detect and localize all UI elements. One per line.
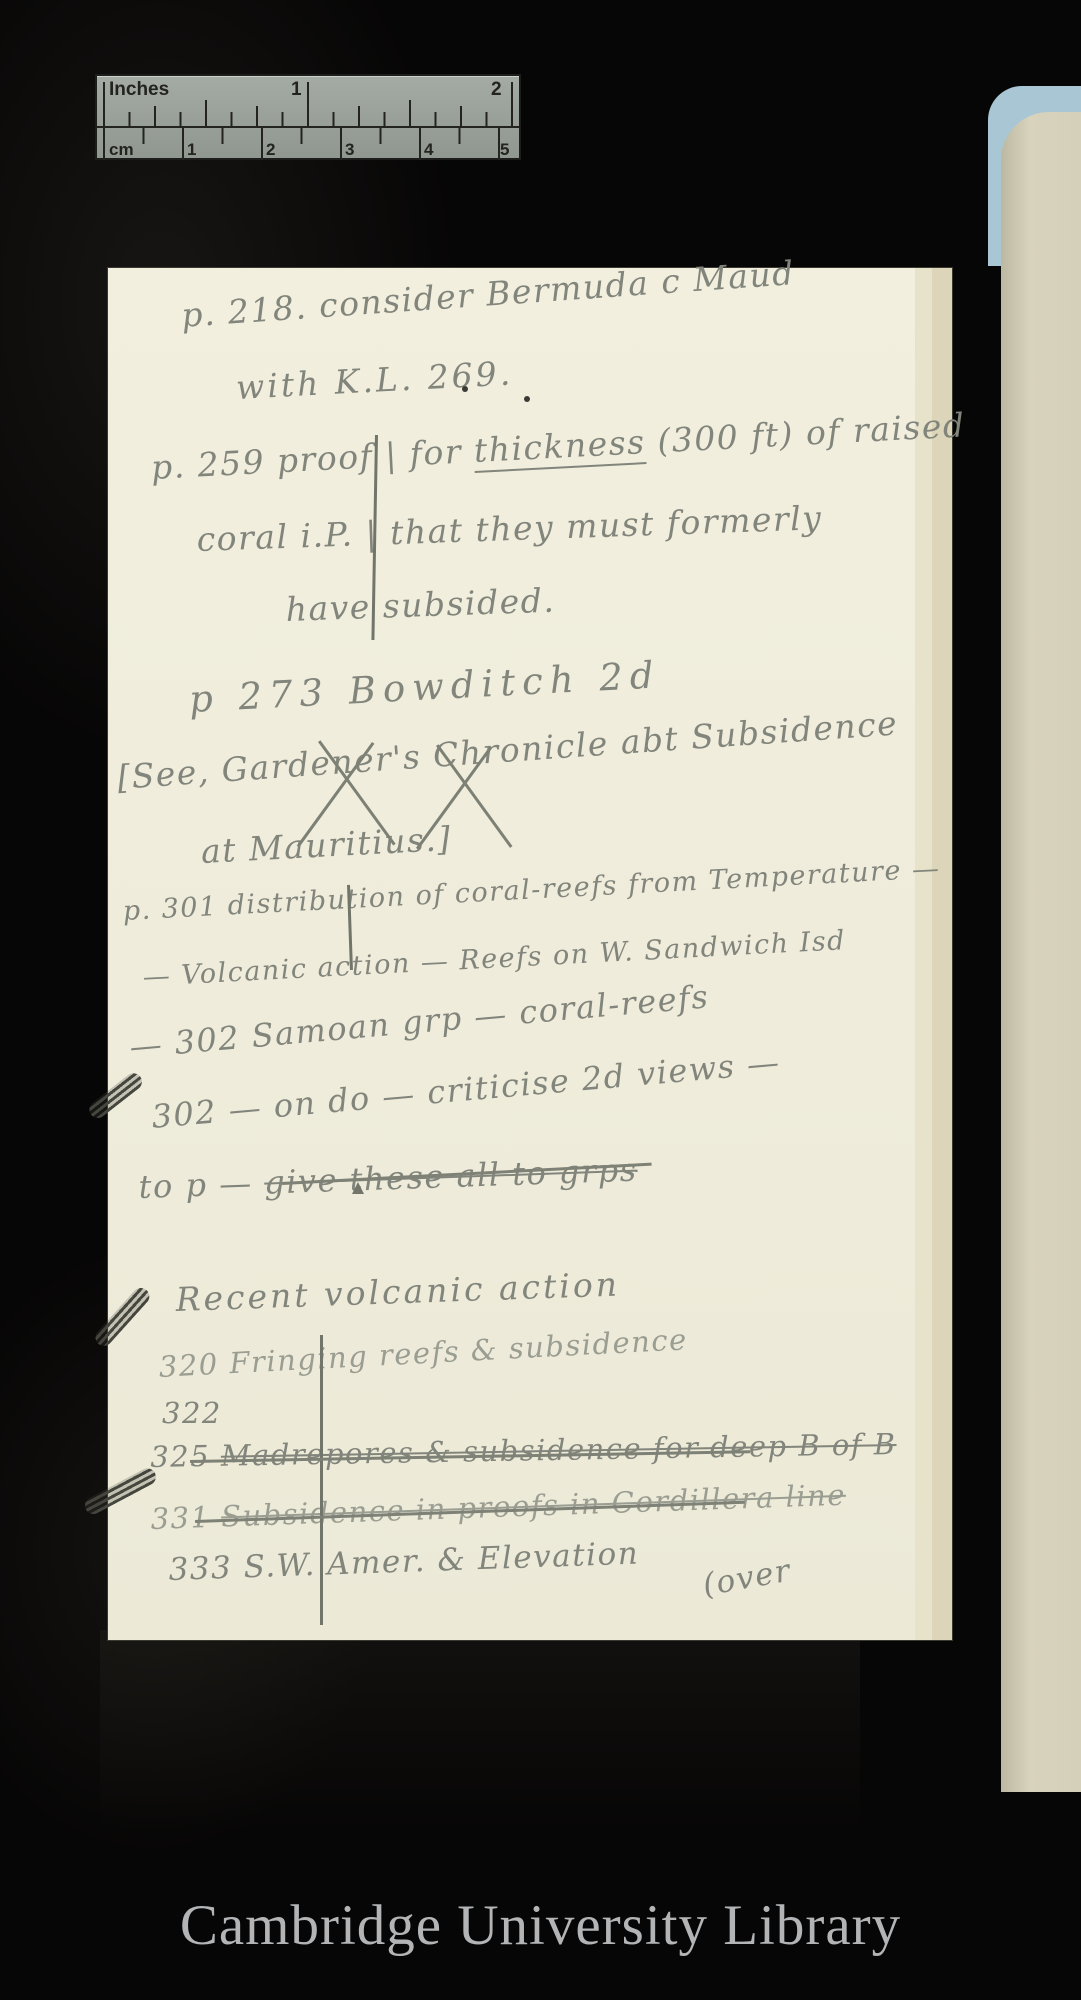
velvet-background-sheen	[100, 1630, 860, 1830]
ruler-inch-1: 1	[291, 79, 302, 101]
library-caption: Cambridge University Library	[0, 1893, 1081, 1958]
manuscript-page	[108, 268, 952, 1640]
photo-of-manuscript: Inches 1 2 cm 1 2 3 4 5 p. 218. consider…	[0, 0, 1081, 2000]
ruler-inch-2: 2	[491, 79, 502, 101]
ruler-cm-4: 4	[424, 140, 433, 160]
page-edge-strip-inner	[915, 268, 932, 1640]
ruler-ticks-cm	[103, 128, 513, 160]
ruler-cm-3: 3	[345, 140, 354, 160]
ruler-cm-5: 5	[500, 140, 509, 160]
ruler-cm-2: 2	[266, 140, 275, 160]
measuring-ruler: Inches 1 2 cm 1 2 3 4 5	[95, 74, 521, 160]
ruler-inches-label: Inches	[109, 79, 169, 101]
book-page-edges-right	[1001, 112, 1081, 1792]
ruler-cm-label: cm	[109, 140, 134, 160]
page-edge-strip-outer	[932, 268, 952, 1640]
ruler-cm-1: 1	[187, 140, 196, 160]
